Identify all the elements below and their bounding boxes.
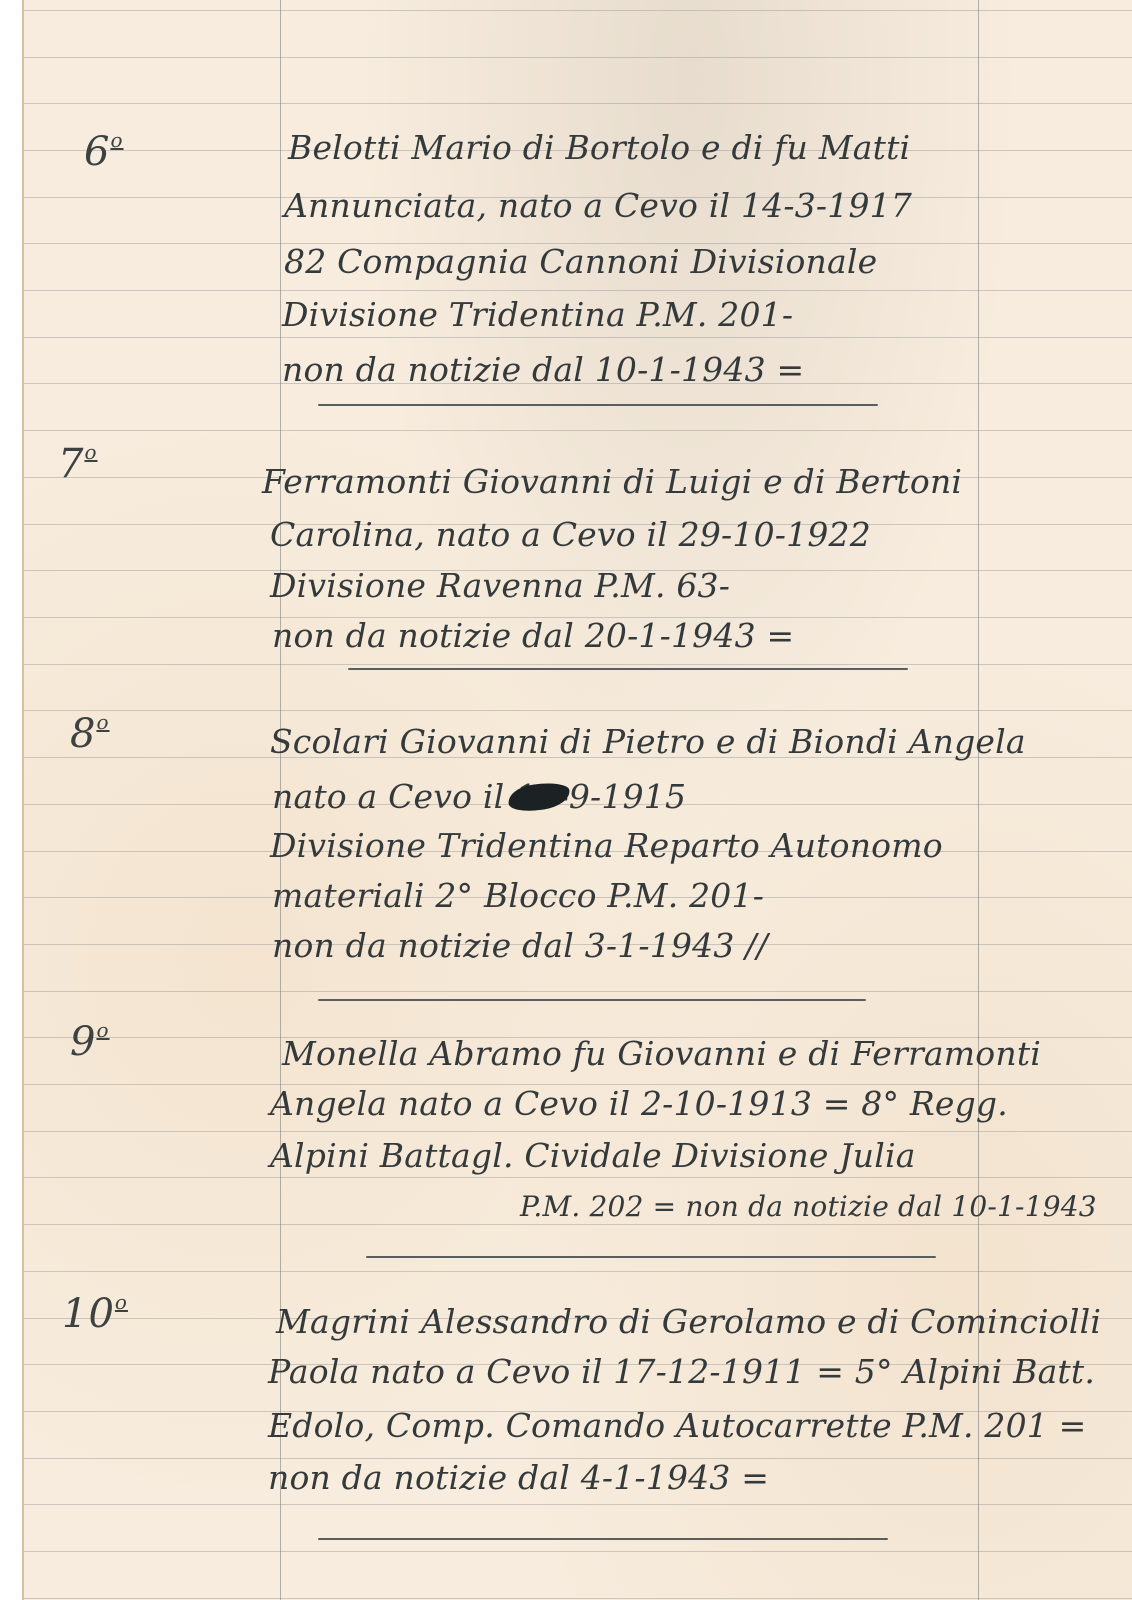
ruled-line	[24, 1504, 1132, 1505]
entry-10-line-1: Magrini Alessandro di Gerolamo e di Comi…	[276, 1302, 1101, 1341]
entry-number-7: 7o	[58, 440, 98, 487]
ruled-line	[24, 664, 1132, 665]
entry-separator	[318, 404, 878, 406]
entry-number-10: 10o	[62, 1290, 128, 1337]
entry-number-value: 6	[84, 129, 110, 175]
entry-separator	[318, 999, 866, 1001]
ordinal-suffix: o	[115, 1290, 128, 1314]
entry-9-line-3: Alpini Battagl. Cividale Divisione Julia	[270, 1136, 916, 1175]
entry-separator	[366, 1256, 936, 1258]
entry-7-line-4: non da notizie dal 20-1-1943 =	[272, 616, 794, 655]
ordinal-suffix: o	[84, 440, 97, 464]
ruled-line	[24, 430, 1132, 431]
ruled-line	[24, 57, 1132, 58]
entry-10-line-2: Paola nato a Cevo il 17-12-1911 = 5° Alp…	[268, 1352, 1095, 1391]
entry-number-6: 6o	[84, 128, 124, 175]
ruled-line	[24, 290, 1132, 291]
ordinal-suffix: o	[96, 1018, 109, 1042]
ordinal-suffix: o	[110, 128, 123, 152]
ruled-line	[24, 1177, 1132, 1178]
entry-number-8: 8o	[70, 710, 110, 757]
entry-number-value: 7	[58, 441, 84, 487]
entry-9-line-4: P.M. 202 = non da notizie dal 10-1-1943	[520, 1190, 1097, 1223]
entry-7-line-3: Divisione Ravenna P.M. 63-	[270, 566, 730, 605]
ruled-line	[24, 991, 1132, 992]
entry-6-line-1: Belotti Mario di Bortolo e di fu Matti	[288, 128, 910, 167]
ruled-line	[24, 710, 1132, 711]
entry-separator	[318, 1538, 888, 1540]
ruled-line	[24, 1224, 1132, 1225]
ruled-line	[24, 1598, 1132, 1599]
entry-6-line-2: Annunciata, nato a Cevo il 14-3-1917	[284, 186, 912, 225]
ruled-line	[24, 103, 1132, 104]
ruled-line	[24, 1271, 1132, 1272]
entry-number-value: 10	[62, 1291, 115, 1337]
entry-separator	[348, 668, 908, 670]
entry-8-line-2: nato a Cevo il 19-9-1915	[272, 777, 686, 816]
entry-6-line-3: 82 Compagnia Cannoni Divisionale	[284, 242, 877, 281]
entry-6-line-5: non da notizie dal 10-1-1943 =	[282, 350, 804, 389]
entry-7-line-1: Ferramonti Giovanni di Luigi e di Berton…	[262, 462, 962, 501]
entry-9-line-2: Angela nato a Cevo il 2-10-1913 = 8° Reg…	[270, 1084, 1008, 1123]
entry-8-line-1: Scolari Giovanni di Pietro e di Biondi A…	[270, 722, 1026, 761]
entry-number-value: 8	[70, 711, 96, 757]
ruled-line	[24, 337, 1132, 338]
ruled-line	[24, 1551, 1132, 1552]
entry-number-value: 9	[70, 1019, 96, 1065]
entry-number-9: 9o	[70, 1018, 110, 1065]
entry-6-line-4: Divisione Tridentina P.M. 201-	[282, 295, 793, 334]
entry-8-line-5: non da notizie dal 3-1-1943 //	[272, 926, 768, 965]
ruled-line	[24, 1131, 1132, 1132]
entry-10-line-3: Edolo, Comp. Comando Autocarrette P.M. 2…	[268, 1406, 1087, 1445]
ordinal-suffix: o	[96, 710, 109, 734]
entry-7-line-2: Carolina, nato a Cevo il 29-10-1922	[270, 515, 871, 554]
entry-8-line-4: materiali 2° Blocco P.M. 201-	[272, 876, 764, 915]
ruled-line	[24, 10, 1132, 11]
entry-10-line-4: non da notizie dal 4-1-1943 =	[268, 1458, 769, 1497]
entry-8-line-3: Divisione Tridentina Reparto Autonomo	[270, 826, 943, 865]
entry-9-line-1: Monella Abramo fu Giovanni e di Ferramon…	[282, 1034, 1041, 1073]
